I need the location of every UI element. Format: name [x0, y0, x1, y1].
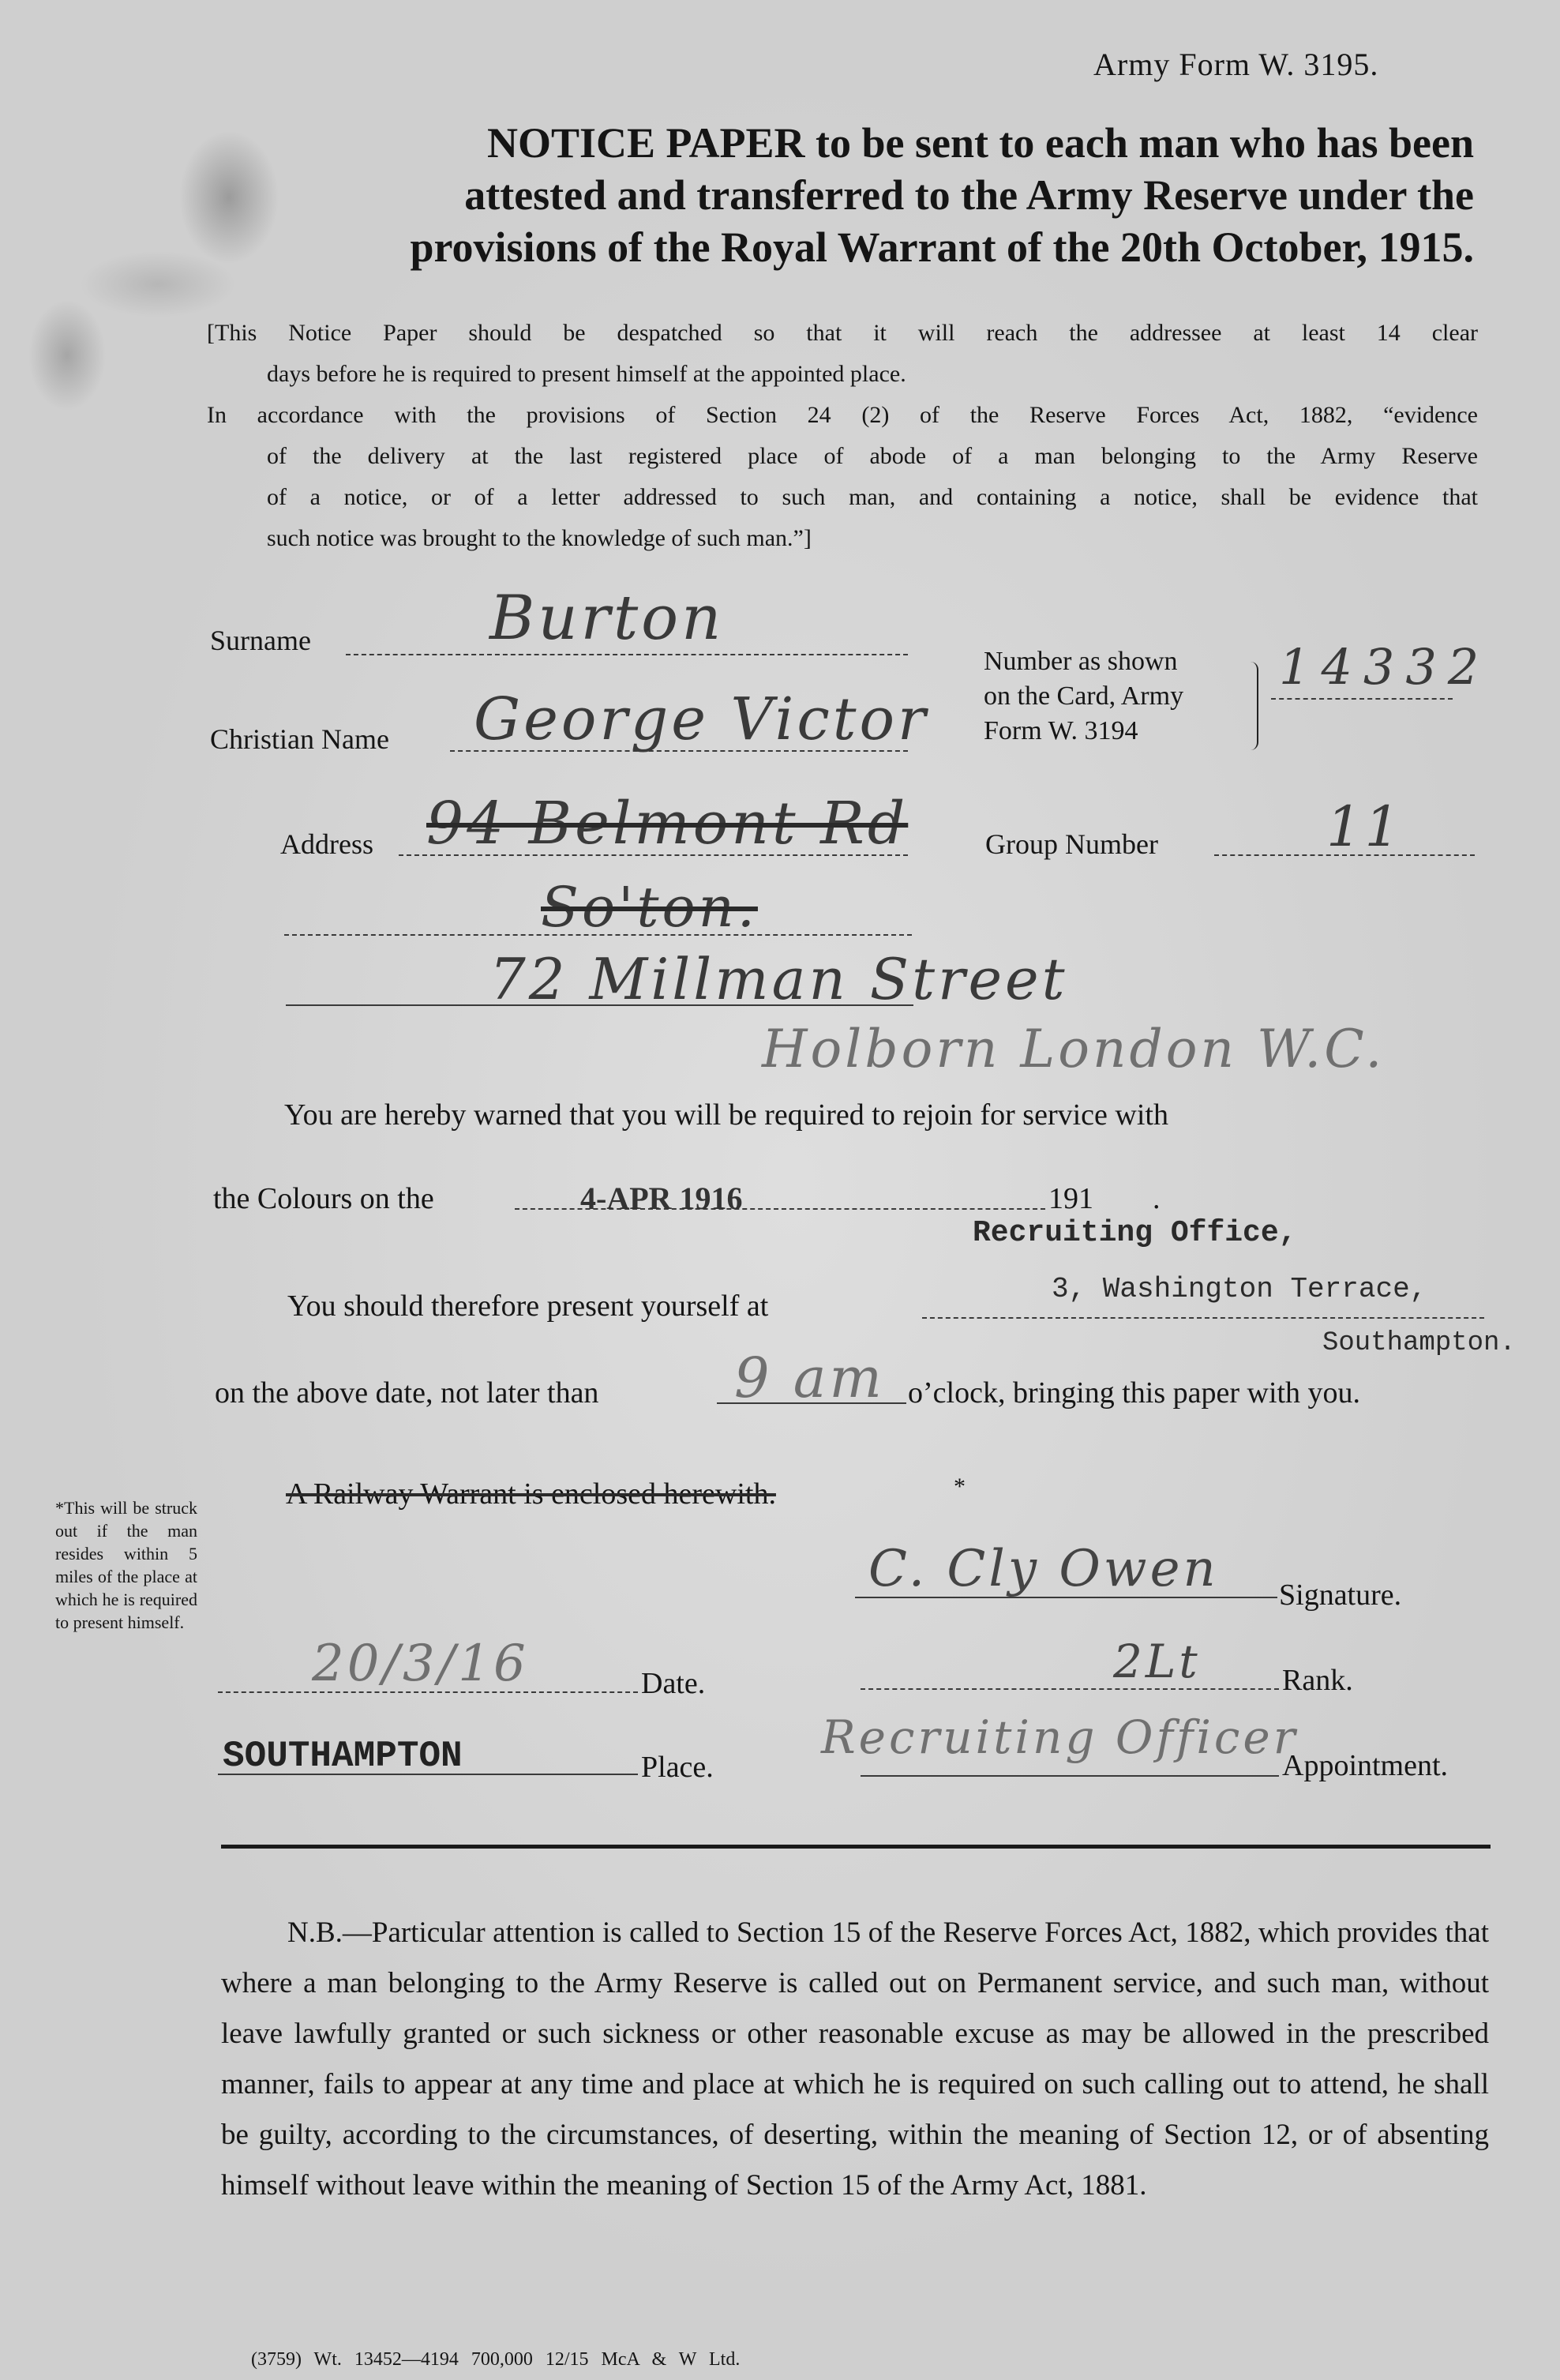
railway-warrant-text: A Railway Warrant is enclosed herewith. — [286, 1477, 776, 1511]
surname-underline — [346, 654, 908, 655]
address-line-1[interactable]: 72 Millman Street — [489, 946, 1068, 1012]
surname-label: Surname — [210, 624, 311, 657]
appointment-underline — [861, 1775, 1279, 1777]
date-value[interactable]: 20/3/16 — [312, 1635, 529, 1693]
title-line-1: NOTICE PAPER to be sent to each man who … — [207, 117, 1474, 169]
title-line-2: attested and transferred to the Army Res… — [207, 169, 1474, 221]
year-prefix: 191 — [1048, 1181, 1093, 1216]
army-number-label-line-2: on the Card, Army — [984, 679, 1183, 714]
printer-line: (3759) Wt. 13452—4194 700,000 12/15 McA … — [251, 2349, 740, 2371]
location-line-3[interactable]: Southampton. — [1322, 1328, 1516, 1358]
location-line-2[interactable]: 3, Washington Terrace, — [1052, 1273, 1427, 1305]
address-line-2[interactable]: Holborn London W.C. — [762, 1019, 1385, 1079]
intro-line-4: of the delivery at the last registered p… — [267, 436, 1478, 477]
appointment-value[interactable]: Recruiting Officer — [821, 1710, 1298, 1764]
title-line-3: provisions of the Royal Warrant of the 2… — [207, 221, 1474, 273]
location-line-1[interactable]: Recruiting Office, — [973, 1216, 1296, 1250]
intro-line-2: days before he is required to present hi… — [267, 354, 906, 395]
surname-value[interactable]: Burton — [489, 583, 724, 654]
rank-label: Rank. — [1282, 1663, 1353, 1698]
form-number: Army Form W. 3195. — [1093, 46, 1378, 83]
time-value[interactable]: 9 am — [734, 1346, 885, 1410]
present-text: You should therefore present yourself at — [287, 1289, 768, 1323]
army-number-brace — [1249, 662, 1258, 750]
present-location-underline — [922, 1317, 1484, 1319]
railway-warrant-footnote: *This will be struck out if the man resi… — [55, 1496, 197, 1634]
army-number-label: Number as shown on the Card, Army Form W… — [984, 644, 1183, 749]
warned-text: You are hereby warned that you will be r… — [284, 1098, 1168, 1132]
date-label: Date. — [641, 1666, 705, 1701]
army-number-label-line-3: Form W. 3194 — [984, 714, 1183, 749]
address-label: Address — [280, 828, 373, 861]
railway-warrant-asterisk: * — [954, 1473, 966, 1500]
address-struck-line-1[interactable]: 94 Belmont Rd — [426, 790, 908, 858]
signature-value[interactable]: C. Cly Owen — [868, 1540, 1219, 1598]
christian-name-label: Christian Name — [210, 723, 389, 756]
intro-line-5: of a notice, or of a letter addressed to… — [267, 477, 1478, 518]
oclock-text: o’clock, bringing this paper with you. — [908, 1376, 1360, 1410]
section-divider — [221, 1845, 1491, 1849]
rejoin-date-stamp[interactable]: 4-APR 1916 — [580, 1180, 743, 1217]
rank-value[interactable]: 2Lt — [1113, 1635, 1201, 1688]
nb-paragraph: N.B.—Particular attention is called to S… — [221, 1908, 1489, 2211]
intro-line-6: such notice was brought to the knowledge… — [267, 518, 812, 559]
colours-text: the Colours on the — [213, 1181, 434, 1216]
intro-line-3: In accordance with the provisions of Sec… — [207, 395, 1478, 436]
army-number-value[interactable]: 14332 — [1279, 638, 1490, 696]
address-struck-line-2[interactable]: So'ton. — [541, 875, 758, 940]
christian-name-value[interactable]: George Victor — [474, 685, 928, 753]
group-number-value[interactable]: 11 — [1326, 794, 1403, 859]
intro-line-1: [This Notice Paper should be despatched … — [207, 313, 1478, 354]
above-date-text: on the above date, not later than — [215, 1376, 598, 1410]
appointment-label: Appointment. — [1282, 1748, 1448, 1783]
army-number-underline — [1271, 698, 1453, 700]
place-label: Place. — [641, 1750, 714, 1785]
signature-label: Signature. — [1279, 1578, 1401, 1612]
rank-underline — [861, 1688, 1279, 1690]
army-number-label-line-1: Number as shown — [984, 644, 1183, 679]
place-value[interactable]: SOUTHAMPTON — [223, 1736, 463, 1777]
year-suffix: . — [1153, 1181, 1161, 1216]
group-number-label: Group Number — [985, 828, 1158, 861]
